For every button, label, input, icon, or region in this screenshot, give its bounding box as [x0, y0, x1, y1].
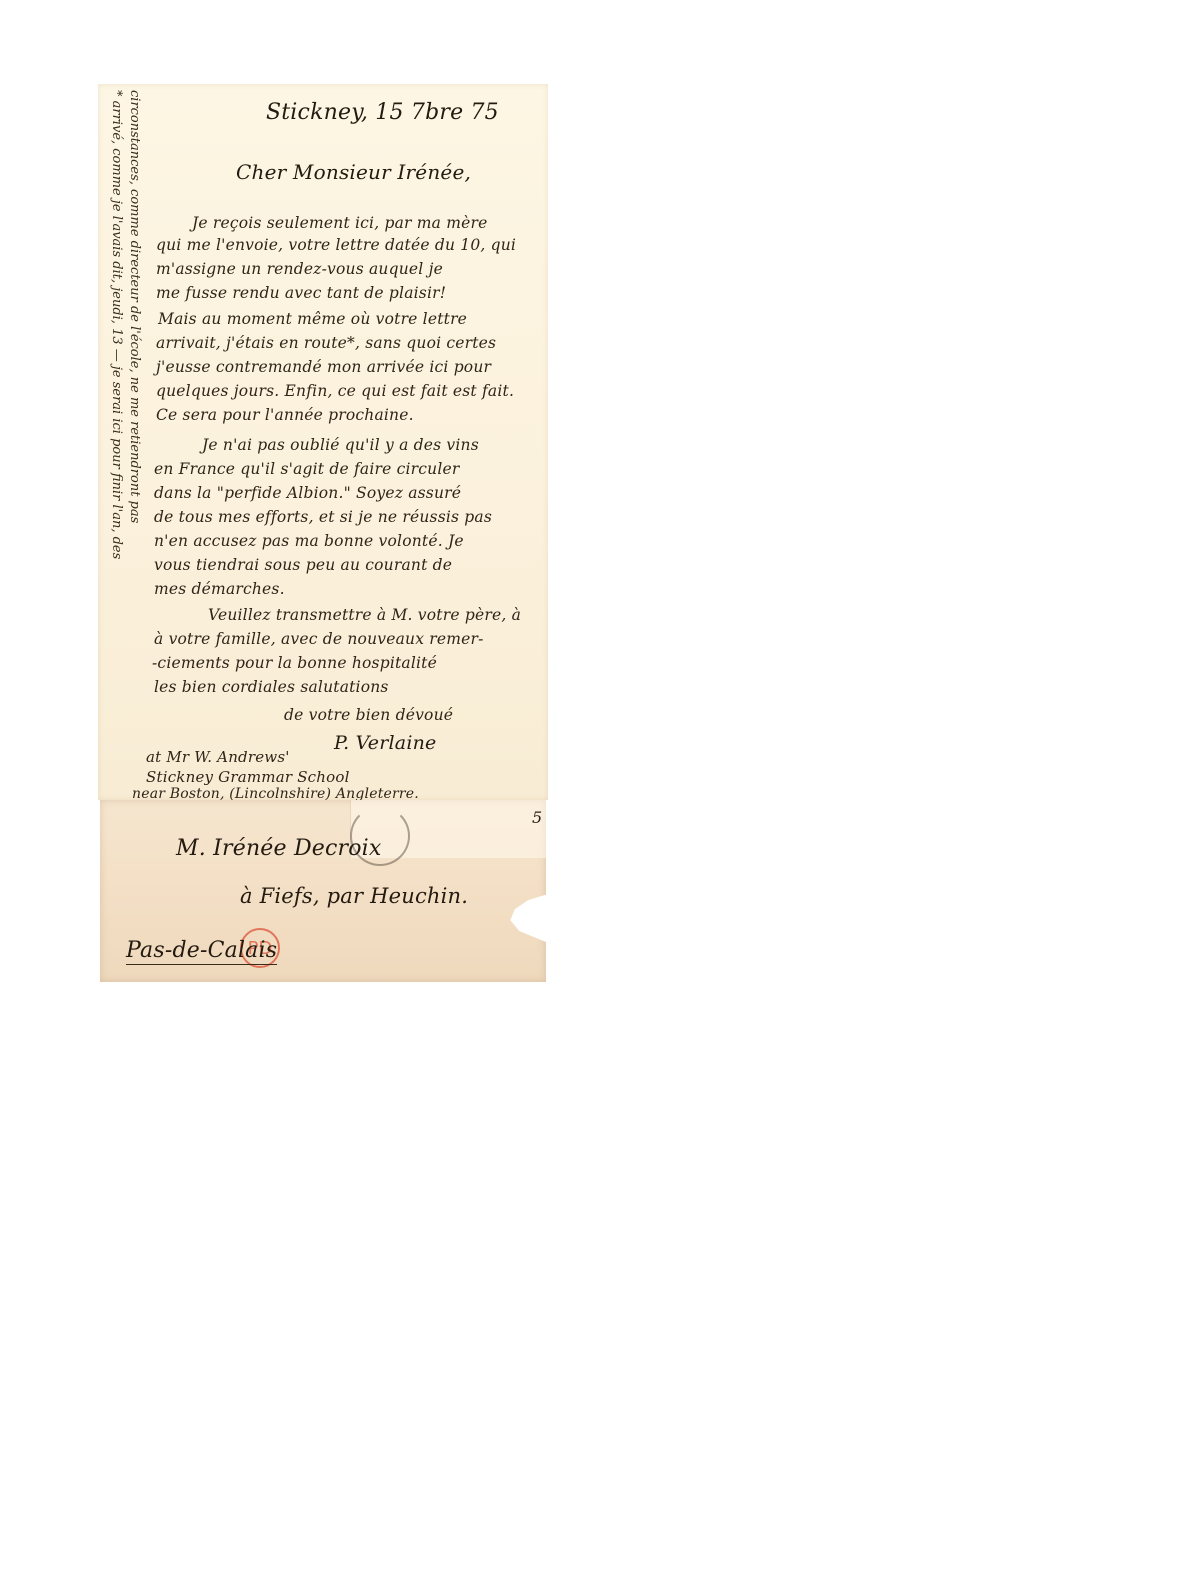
envelope-line-3: Pas-de-Calais [126, 938, 277, 963]
letter-line-17: Veuillez transmettre à M. votre père, à [208, 606, 521, 624]
corner-mark: 5 [532, 808, 542, 827]
letter-sheet: * arrivé, comme je l'avais dit, jeudi, 1… [98, 84, 548, 800]
letter-line-6: arrivait, j'étais en route*, sans quoi c… [156, 334, 496, 352]
envelope-line-2: à Fiefs, par Heuchin. [240, 884, 468, 908]
letter-line-11: en France qu'il s'agit de faire circuler [154, 460, 459, 478]
envelope: 5 M. Irénée Decroix à Fiefs, par Heuchin… [100, 800, 546, 982]
signature: P. Verlaine [334, 732, 436, 754]
letter-line-4: me fusse rendu avec tant de plaisir! [156, 284, 446, 302]
address-line-1: at Mr W. Andrews' [146, 748, 290, 766]
closing: de votre bien dévoué [284, 706, 453, 724]
letter-line-13: de tous mes efforts, et si je ne réussis… [154, 508, 492, 526]
envelope-addressee: M. Irénée Decroix [176, 836, 382, 861]
letter-line-1: Je reçois seulement ici, par ma mère [192, 214, 487, 232]
margin-note-line-1: * arrivé, comme je l'avais dit, jeudi, 1… [109, 90, 124, 559]
salutation: Cher Monsieur Irénée, [236, 160, 471, 184]
letter-line-18: à votre famille, avec de nouveaux remer- [154, 630, 484, 648]
letter-line-12: dans la "perfide Albion." Soyez assuré [154, 484, 461, 502]
letter-line-2: qui me l'envoie, votre lettre datée du 1… [156, 236, 516, 254]
letter-line-20: les bien cordiales salutations [154, 678, 389, 696]
letter-line-5: Mais au moment même où votre lettre [158, 310, 467, 328]
letter-line-15: vous tiendrai sous peu au courant de [154, 556, 452, 574]
letter-line-9: Ce sera pour l'année prochaine. [156, 406, 414, 424]
letter-line-10: Je n'ai pas oublié qu'il y a des vins [202, 436, 479, 454]
letter-scan: * arrivé, comme je l'avais dit, jeudi, 1… [98, 84, 550, 982]
margin-note: * arrivé, comme je l'avais dit, jeudi, 1… [102, 90, 142, 790]
address-line-2: Stickney Grammar School [146, 768, 350, 786]
dateline: Stickney, 15 7bre 75 [266, 100, 499, 125]
letter-line-19: -ciements pour la bonne hospitalité [152, 654, 437, 672]
address-line-3: near Boston, (Lincolnshire) Angleterre. [132, 786, 419, 802]
letter-line-3: m'assigne un rendez-vous auquel je [156, 260, 443, 278]
margin-note-line-2: circonstances, comme directeur de l'écol… [127, 90, 142, 523]
letter-line-14: n'en accusez pas ma bonne volonté. Je [154, 532, 464, 550]
letter-line-7: j'eusse contremandé mon arrivée ici pour [156, 358, 491, 376]
letter-line-8: quelques jours. Enfin, ce qui est fait e… [156, 382, 514, 400]
letter-line-16: mes démarches. [154, 580, 285, 598]
